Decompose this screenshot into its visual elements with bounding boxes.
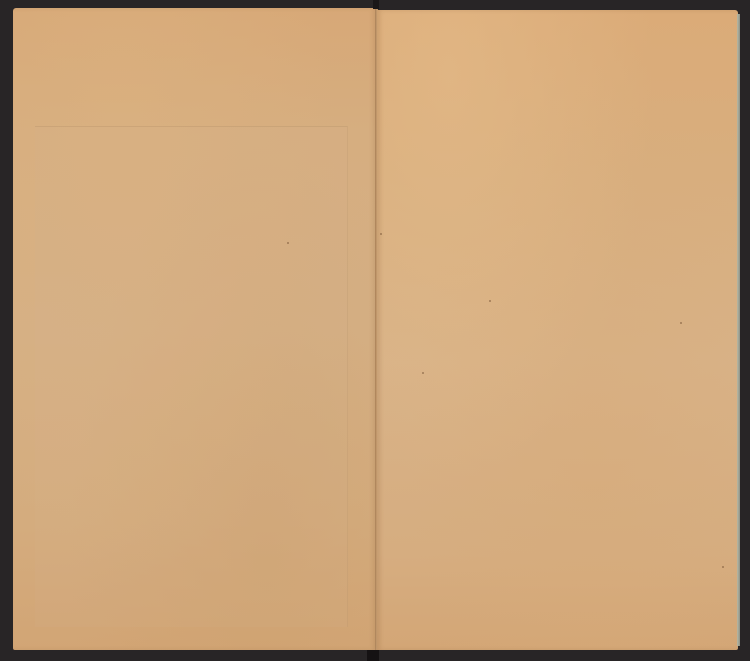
paper-speck bbox=[287, 242, 289, 244]
spine-bottom-gap bbox=[367, 650, 379, 661]
spine-top-gap bbox=[373, 0, 379, 9]
paper-speck bbox=[489, 300, 491, 302]
paper-speck bbox=[680, 322, 682, 324]
left-page bbox=[13, 8, 376, 650]
paper-speck bbox=[722, 566, 724, 568]
left-page-showthrough-frame bbox=[35, 126, 348, 627]
right-page-edge bbox=[737, 14, 740, 646]
right-page bbox=[377, 10, 738, 650]
paper-speck bbox=[380, 233, 382, 235]
paper-speck bbox=[422, 372, 424, 374]
scan-viewport bbox=[0, 0, 750, 661]
